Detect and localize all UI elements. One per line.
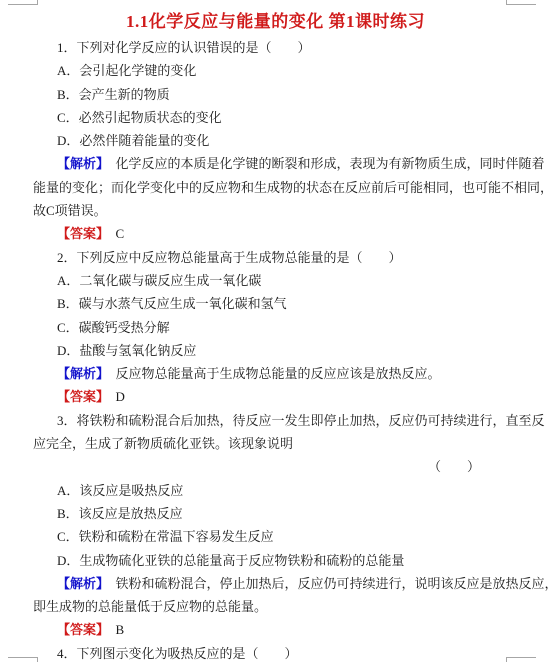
question-3-line-2-text: 应完全，生成了新物质硫化亚铁。该现象说明 — [33, 436, 293, 451]
answer-2: 【答案】 D — [33, 385, 505, 408]
analysis-1-line-2-text: 能量的变化；而化学变化中的反应物和生成物的状态在反应前后可能相同，也可能不相同， — [33, 180, 551, 195]
option-3-b-text: B．该反应是放热反应 — [57, 506, 183, 521]
analysis-1-line-1-analysis-label: 【解析】 — [57, 156, 103, 171]
answer-1-answer-label: 【答案】 — [57, 226, 103, 241]
question-3-brackets-text: （ ） — [428, 459, 480, 474]
option-2-d: D．盐酸与氢氧化钠反应 — [33, 339, 505, 362]
option-3-c-text: C．铁粉和硫粉在常温下容易发生反应 — [57, 529, 274, 544]
option-1-c-text: C．必然引起物质状态的变化 — [57, 110, 222, 125]
margin-mark-bottom-right-icon — [506, 657, 536, 662]
option-2-b-text: B．碳与水蒸气反应生成一氧化碳和氢气 — [57, 296, 287, 311]
option-2-c: C．碳酸钙受热分解 — [33, 316, 505, 339]
question-1-text: 1．下列对化学反应的认识错误的是（ ） — [57, 40, 311, 55]
option-2-a-text: A．二氧化碳与碳反应生成一氧化碳 — [57, 273, 261, 288]
analysis-3-line-2-text: 即生成物的总能量低于反应物的总能量。 — [33, 599, 267, 614]
answer-1: 【答案】 C — [33, 222, 505, 245]
analysis-3-line-2: 即生成物的总能量低于反应物的总能量。 — [33, 595, 505, 618]
option-3-c: C．铁粉和硫粉在常温下容易发生反应 — [33, 525, 505, 548]
analysis-1-line-1: 【解析】 化学反应的本质是化学键的断裂和形成，表现为有新物质生成，同时伴随着 — [33, 152, 505, 175]
analysis-1-line-3-text: 故C项错误。 — [33, 203, 107, 218]
option-1-b-text: B．会产生新的物质 — [57, 87, 170, 102]
answer-2-answer-label: 【答案】 — [57, 389, 103, 404]
analysis-3-line-1-text: 铁粉和硫粉混合，停止加热后，反应仍可持续进行，说明该反应是放热反应， — [103, 576, 551, 591]
question-1: 1．下列对化学反应的认识错误的是（ ） — [33, 36, 505, 59]
option-2-d-text: D．盐酸与氢氧化钠反应 — [57, 343, 196, 358]
analysis-2: 【解析】 反应物总能量高于生成物总能量的反应应该是放热反应。 — [33, 362, 505, 385]
question-4-text: 4．下列图示变化为吸热反应的是（ ） — [57, 646, 298, 661]
option-1-a: A．会引起化学键的变化 — [33, 59, 505, 82]
option-3-b: B．该反应是放热反应 — [33, 502, 505, 525]
margin-mark-top-right-icon — [506, 0, 536, 5]
analysis-1-line-1-text: 化学反应的本质是化学键的断裂和形成，表现为有新物质生成，同时伴随着 — [103, 156, 545, 171]
margin-mark-top-left-icon — [8, 0, 38, 5]
analysis-2-text: 反应物总能量高于生成物总能量的反应应该是放热反应。 — [103, 366, 441, 381]
option-1-d: D．必然伴随着能量的变化 — [33, 129, 505, 152]
analysis-1-line-2: 能量的变化；而化学变化中的反应物和生成物的状态在反应前后可能相同，也可能不相同， — [33, 176, 505, 199]
document-page: 1.1化学反应与能量的变化 第1课时练习 1．下列对化学反应的认识错误的是（ ）… — [0, 0, 551, 666]
question-3-line-1-text: 3．将铁粉和硫粉混合后加热，待反应一发生即停止加热，反应仍可持续进行，直至反 — [57, 413, 545, 428]
answer-2-text: D — [103, 389, 125, 404]
analysis-3-line-1: 【解析】 铁粉和硫粉混合，停止加热后，反应仍可持续进行，说明该反应是放热反应， — [33, 572, 505, 595]
analysis-2-analysis-label: 【解析】 — [57, 366, 103, 381]
question-4: 4．下列图示变化为吸热反应的是（ ） — [33, 642, 505, 665]
answer-1-text: C — [103, 226, 125, 241]
option-1-d-text: D．必然伴随着能量的变化 — [57, 133, 209, 148]
question-3-brackets: （ ） — [33, 455, 505, 478]
option-1-c: C．必然引起物质状态的变化 — [33, 106, 505, 129]
answer-3-answer-label: 【答案】 — [57, 622, 103, 637]
question-3-line-1: 3．将铁粉和硫粉混合后加热，待反应一发生即停止加热，反应仍可持续进行，直至反 — [33, 409, 505, 432]
question-3-line-2: 应完全，生成了新物质硫化亚铁。该现象说明 — [33, 432, 505, 455]
answer-3: 【答案】 B — [33, 618, 505, 641]
analysis-3-line-1-analysis-label: 【解析】 — [57, 576, 103, 591]
question-2: 2．下列反应中反应物总能量高于生成物总能量的是（ ） — [33, 246, 505, 269]
option-3-a: A．该反应是吸热反应 — [33, 479, 505, 502]
option-3-d-text: D．生成物硫化亚铁的总能量高于反应物铁粉和硫粉的总能量 — [57, 553, 404, 568]
option-1-b: B．会产生新的物质 — [33, 83, 505, 106]
option-3-d: D．生成物硫化亚铁的总能量高于反应物铁粉和硫粉的总能量 — [33, 549, 505, 572]
page-title: 1.1化学反应与能量的变化 第1课时练习 — [0, 7, 551, 32]
document-body: 1．下列对化学反应的认识错误的是（ ）A．会引起化学键的变化B．会产生新的物质C… — [33, 36, 505, 665]
option-2-b: B．碳与水蒸气反应生成一氧化碳和氢气 — [33, 292, 505, 315]
option-1-a-text: A．会引起化学键的变化 — [57, 63, 196, 78]
option-2-c-text: C．碳酸钙受热分解 — [57, 320, 170, 335]
question-2-text: 2．下列反应中反应物总能量高于生成物总能量的是（ ） — [57, 250, 402, 265]
option-3-a-text: A．该反应是吸热反应 — [57, 483, 183, 498]
analysis-1-line-3: 故C项错误。 — [33, 199, 505, 222]
answer-3-text: B — [103, 622, 125, 637]
option-2-a: A．二氧化碳与碳反应生成一氧化碳 — [33, 269, 505, 292]
